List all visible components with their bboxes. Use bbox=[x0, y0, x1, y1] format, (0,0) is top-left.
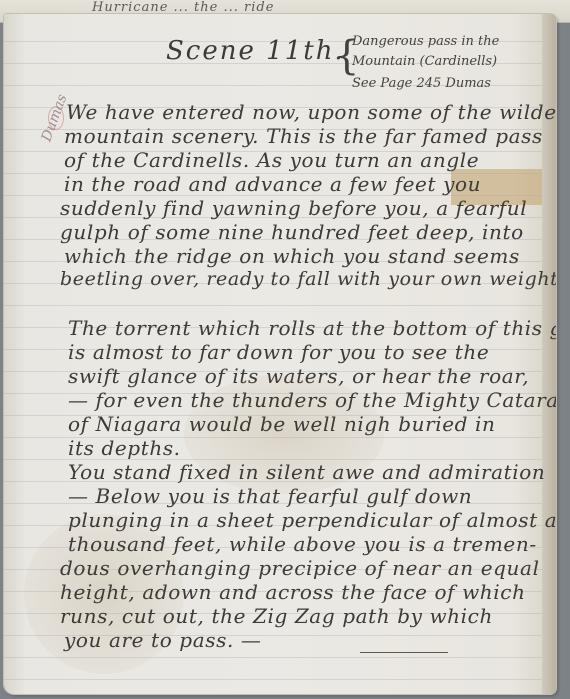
text-line: is almost to far down for you to see the bbox=[68, 340, 489, 364]
text-line: runs, cut out, the Zig Zag path by which bbox=[60, 604, 493, 628]
text-line: plunging in a sheet perpendicular of alm… bbox=[68, 508, 556, 532]
text-line: We have entered now, upon some of the wi… bbox=[66, 100, 556, 124]
text-line: — for even the thunders of the Mighty Ca… bbox=[68, 388, 556, 412]
text-line: of the Cardinells. As you turn an angle bbox=[64, 148, 479, 172]
text-line: gulph of some nine hundred feet deep, in… bbox=[60, 220, 524, 244]
text-line: height, adown and across the face of whi… bbox=[60, 580, 526, 604]
side-note-line: Dangerous pass in the bbox=[352, 34, 499, 49]
text-line: You stand fixed in silent awe and admira… bbox=[68, 460, 545, 484]
text-line: you are to pass. — bbox=[64, 628, 261, 652]
previous-page-text: Hurricane ... the ... ride bbox=[92, 0, 274, 15]
text-line: swift glance of its waters, or hear the … bbox=[68, 364, 529, 388]
text-line: The torrent which rolls at the bottom of… bbox=[68, 316, 556, 340]
text-line: mountain scenery. This is the far famed … bbox=[64, 124, 543, 148]
text-line: its depths. bbox=[68, 436, 181, 460]
text-line: which the ridge on which you stand seems bbox=[64, 244, 520, 268]
text-line: dous overhanging precipice of near an eq… bbox=[60, 556, 540, 580]
text-line: of Niagara would be well nigh buried in bbox=[68, 412, 496, 436]
text-line: thousand feet, while above you is a trem… bbox=[68, 532, 537, 556]
text-line: in the road and advance a few feet you bbox=[64, 172, 481, 196]
manuscript-page: Dumas Scene 11th. { Dangerous pass in th… bbox=[4, 14, 556, 694]
side-note-line: See Page 245 Dumas bbox=[352, 76, 491, 91]
scene-title: Scene 11th. bbox=[166, 36, 345, 66]
text-line: — Below you is that fearful gulf down bbox=[68, 484, 472, 508]
text-line: suddenly find yawning before you, a fear… bbox=[60, 196, 527, 220]
closing-flourish-line bbox=[360, 652, 448, 653]
text-line: beetling over, ready to fall with your o… bbox=[60, 268, 556, 290]
side-note-line: Mountain (Cardinells) bbox=[352, 54, 497, 69]
